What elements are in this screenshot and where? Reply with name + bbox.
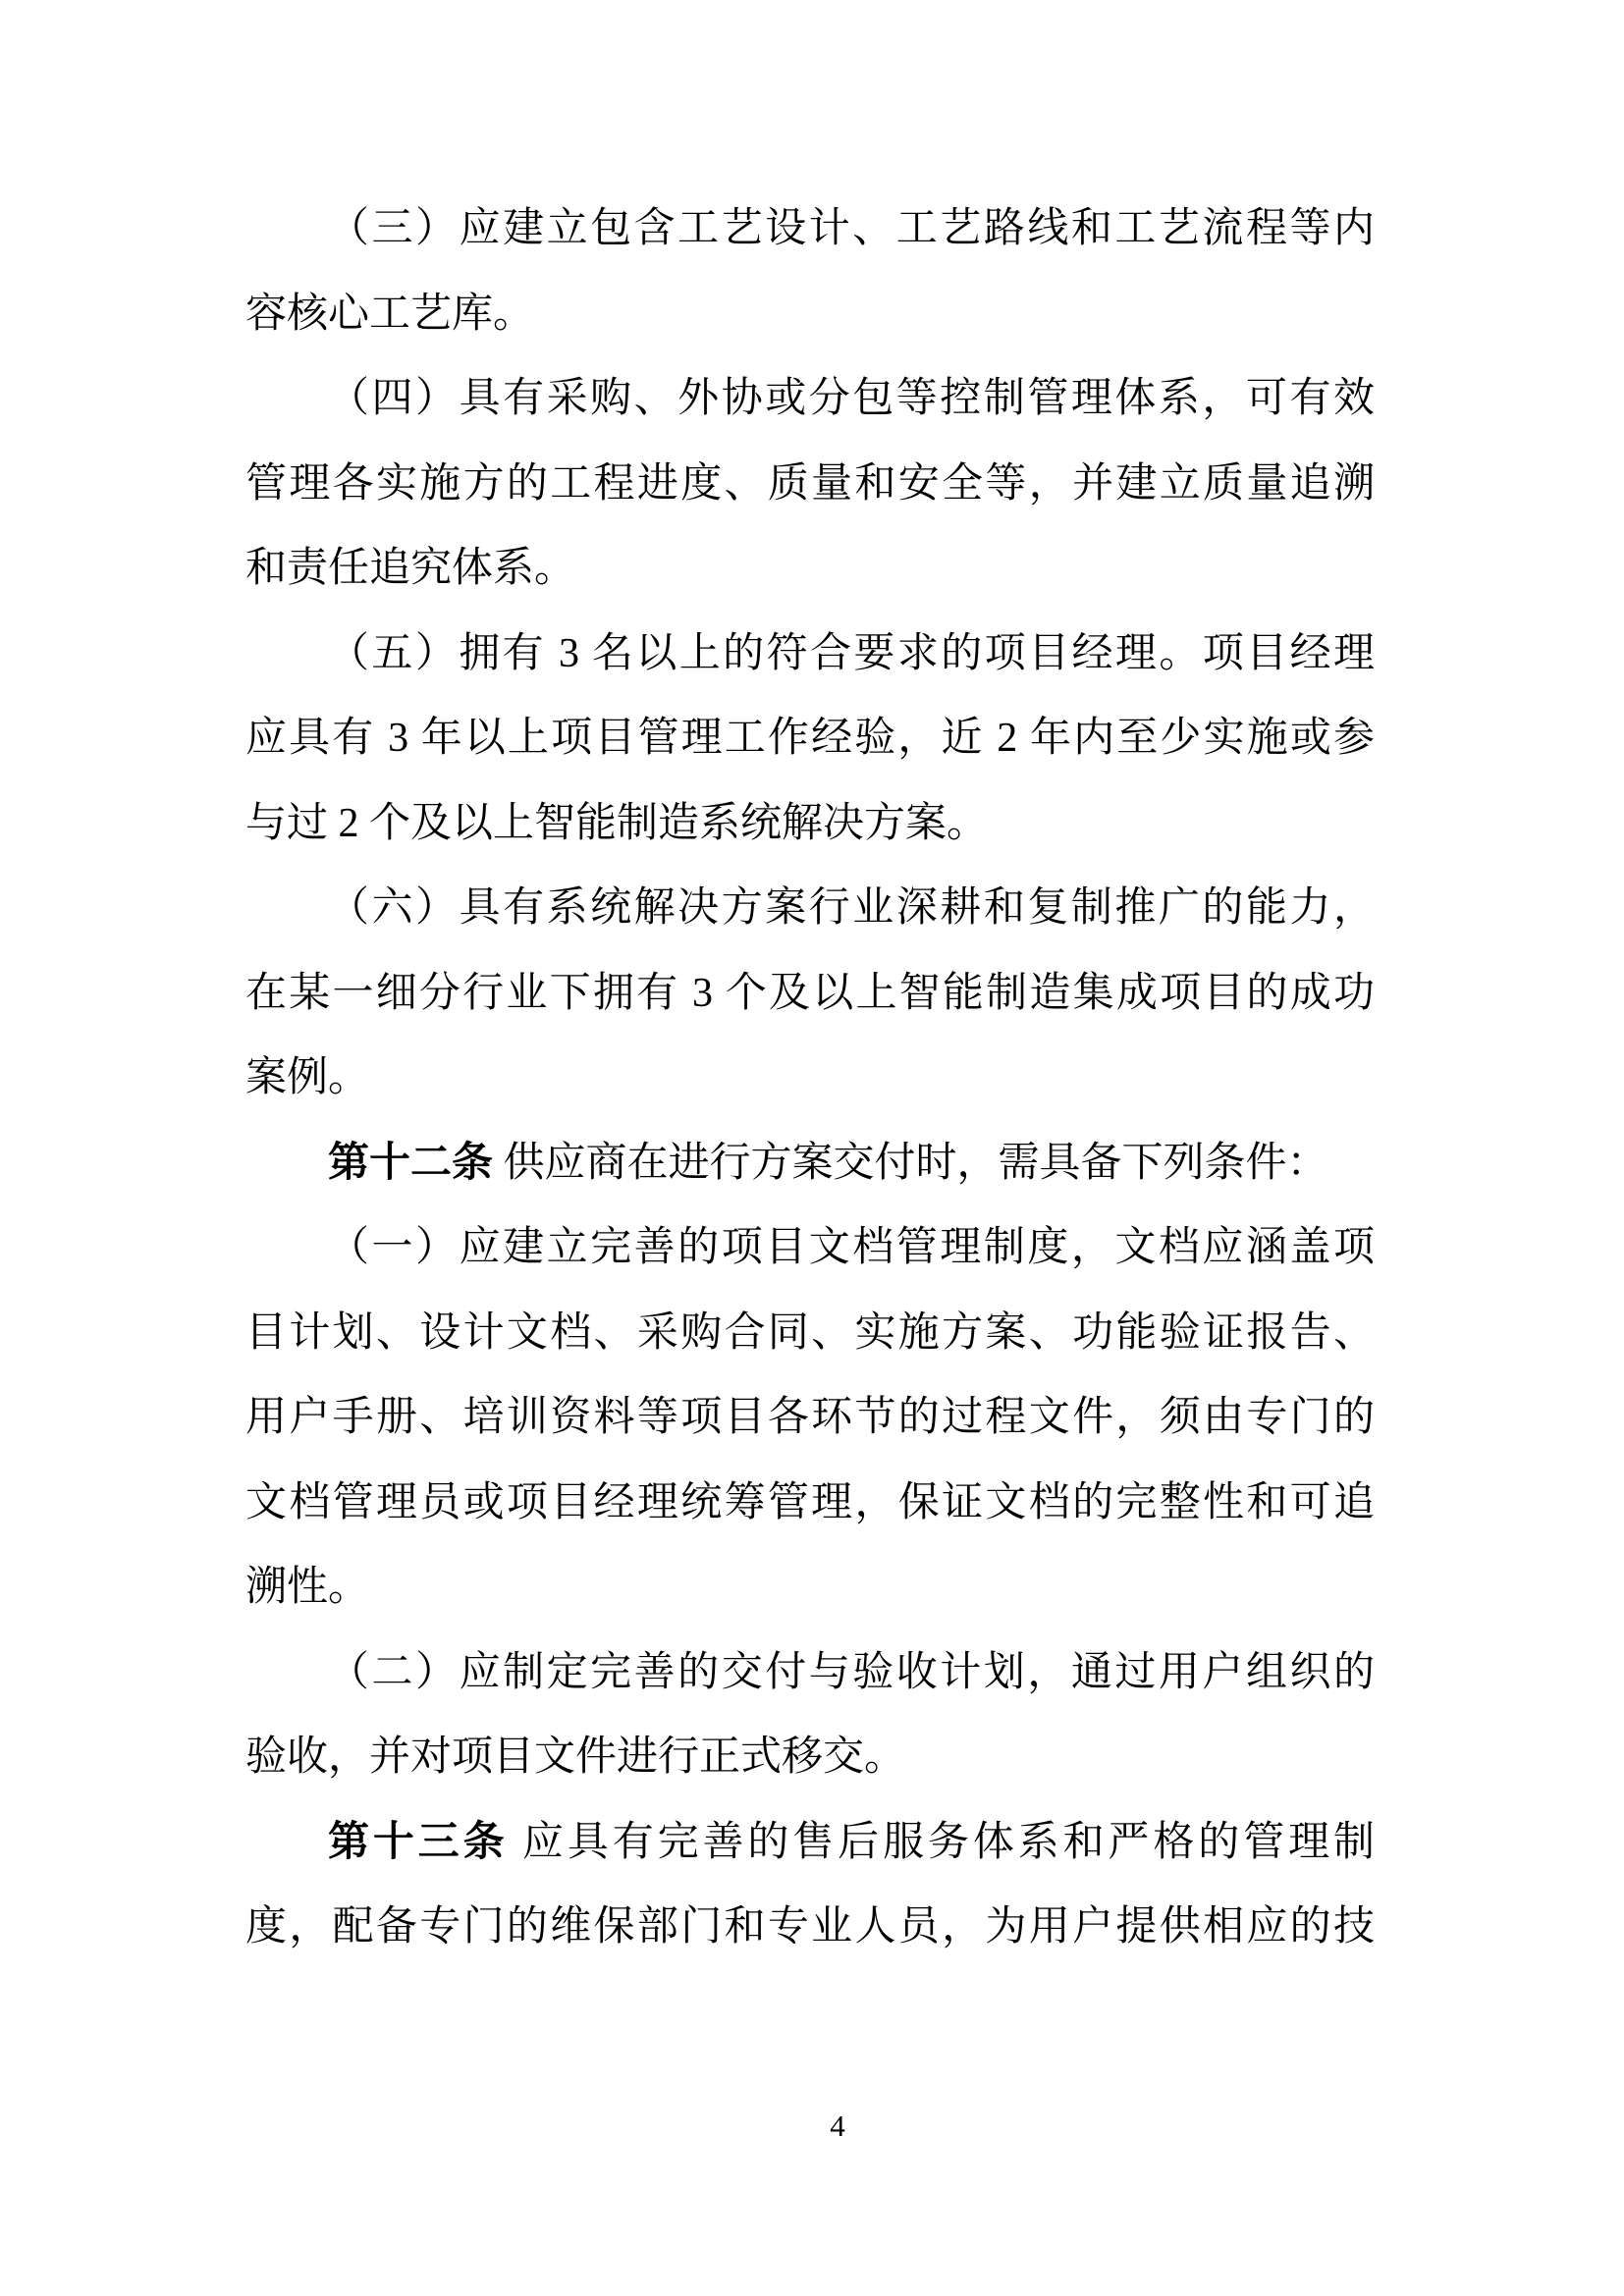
text-line: 文档管理员或项目经理统筹管理，保证文档的完整性和可追 [245, 1461, 1375, 1546]
text-line: 在某一细分行业下拥有 3 个及以上智能制造集成项目的成功 [245, 951, 1375, 1037]
article-heading: 第十三条 [328, 1820, 509, 1865]
text-line: 溯性。 [245, 1545, 1375, 1630]
text-line: （六）具有系统解决方案行业深耕和复制推广的能力， [245, 866, 1375, 951]
page-number: 4 [830, 2109, 845, 2144]
text-line: 目计划、设计文档、采购合同、实施方案、功能验证报告、 [245, 1291, 1375, 1376]
text-line: 管理各实施方的工程进度、质量和安全等，并建立质量追溯 [245, 442, 1375, 527]
text-line: 用户手册、培训资料等项目各环节的过程文件，须由专门的 [245, 1375, 1375, 1461]
article-heading: 第十二条 [328, 1141, 493, 1186]
text-line: （三）应建立包含工艺设计、工艺路线和工艺流程等内 [245, 187, 1375, 272]
text-line: （四）具有采购、外协或分包等控制管理体系，可有效 [245, 356, 1375, 442]
text-line: 第十三条 应具有完善的售后服务体系和严格的管理制 [245, 1800, 1375, 1886]
page-body: （三）应建立包含工艺设计、工艺路线和工艺流程等内容核心工艺库。（四）具有采购、外… [245, 187, 1375, 1970]
text-line: 容核心工艺库。 [245, 272, 1375, 357]
text-line: 度，配备专门的维保部门和专业人员，为用户提供相应的技 [245, 1885, 1375, 1970]
text-line: （五）拥有 3 名以上的符合要求的项目经理。项目经理 [245, 612, 1375, 697]
line-text: 供应商在进行方案交付时，需具备下列条件： [493, 1141, 1328, 1186]
line-text: 应具有完善的售后服务体系和严格的管理制 [509, 1820, 1375, 1865]
document-page: （三）应建立包含工艺设计、工艺路线和工艺流程等内容核心工艺库。（四）具有采购、外… [0, 0, 1624, 2296]
text-line: 案例。 [245, 1036, 1375, 1121]
text-line: 验收，并对项目文件进行正式移交。 [245, 1715, 1375, 1800]
text-line: 与过 2 个及以上智能制造系统解决方案。 [245, 781, 1375, 867]
text-line: 和责任追究体系。 [245, 526, 1375, 612]
text-line: 应具有 3 年以上项目管理工作经验，近 2 年内至少实施或参 [245, 696, 1375, 781]
text-line: 第十二条 供应商在进行方案交付时，需具备下列条件： [245, 1121, 1375, 1206]
text-line: （一）应建立完善的项目文档管理制度，文档应涵盖项 [245, 1205, 1375, 1291]
text-line: （二）应制定完善的交付与验收计划，通过用户组织的 [245, 1630, 1375, 1716]
